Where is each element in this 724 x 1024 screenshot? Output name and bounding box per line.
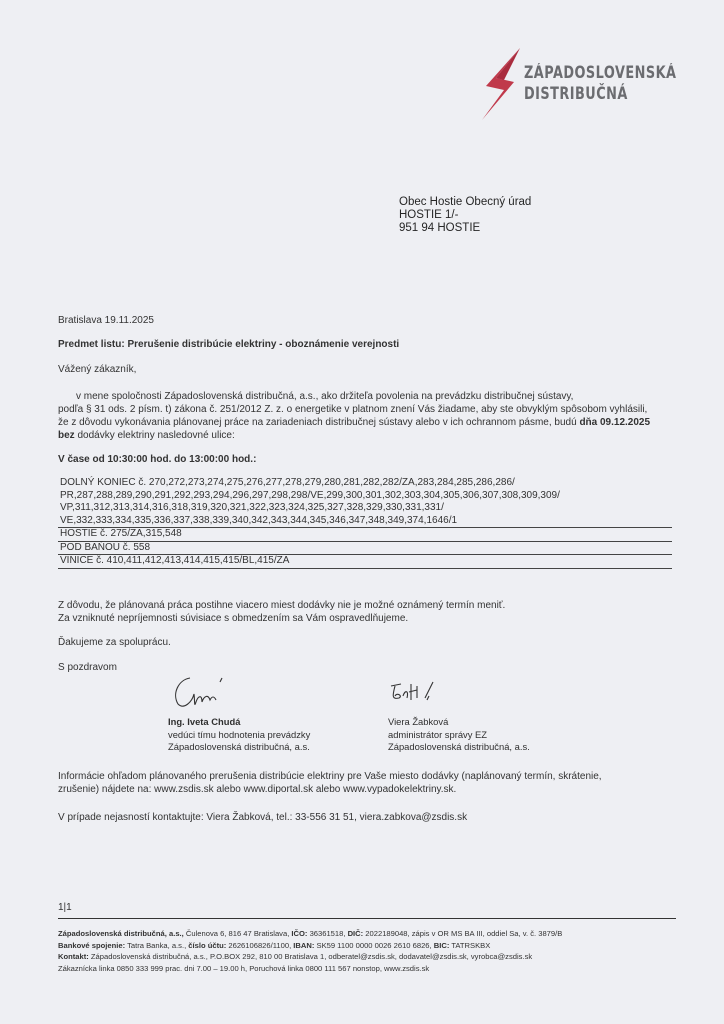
info-paragraph: Informácie ohľadom plánovaného prerušeni… [58, 770, 602, 796]
logo-line2: DISTRIBUČNÁ [524, 83, 676, 104]
footer-text: Západoslovenská distribučná, a.s., P.O.B… [89, 952, 532, 961]
lightning-bolt-icon [478, 46, 522, 122]
letter-date: Bratislava 19.11.2025 [58, 314, 154, 327]
footer-text: 2022189048, zápis v OR MS BA III, oddiel… [363, 929, 562, 938]
footer-line1: Západoslovenská distribučná, a.s., Čulen… [58, 928, 562, 940]
footer-label: Kontakt: [58, 952, 89, 961]
footer-line2: Bankové spojenie: Tatra Banka, a.s., čís… [58, 940, 562, 952]
street-dolny-koniec: DOLNÝ KONIEC č. 270,272,273,274,275,276,… [58, 477, 672, 528]
para-line4: bez dodávky elektriny nasledovné ulice: [58, 429, 650, 442]
street-vinice: VINICE č. 410,411,412,413,414,415,415/BL… [58, 555, 672, 569]
signer-name: Ing. Iveta Chudá [168, 716, 310, 729]
footer-text: 36361518, [307, 929, 347, 938]
closing-line2: Za vzniknuté nepríjemnosti súvisiace s o… [58, 612, 505, 625]
footer-label: Bankové spojenie: [58, 941, 125, 950]
signer-company: Západoslovenská distribučná, a.s. [168, 741, 310, 754]
footer-line3: Kontakt: Západoslovenská distribučná, a.… [58, 951, 562, 963]
body-paragraph: v mene spoločnosti Západoslovenská distr… [58, 390, 650, 442]
footer-label: DIČ: [348, 929, 364, 938]
signer-role: administrátor správy EZ [388, 729, 530, 742]
street-hostie: HOSTIE č. 275/ZA,315,548 [58, 528, 672, 542]
footer-text: Tatra Banka, a.s., [125, 941, 188, 950]
footer-label: IČO: [291, 929, 307, 938]
signer-role: vedúci tímu hodnotenia prevádzky [168, 729, 310, 742]
regards-line: S pozdravom [58, 661, 117, 674]
street-line: DOLNÝ KONIEC č. 270,272,273,274,275,276,… [60, 477, 672, 490]
recipient-line2: HOSTIE 1/- [399, 209, 531, 222]
para-line1: v mene spoločnosti Západoslovenská distr… [58, 390, 650, 403]
street-line: VE,332,333,334,335,336,337,338,339,340,3… [60, 515, 672, 528]
footer-label: číslo účtu: [188, 941, 226, 950]
signer-company: Západoslovenská distribučná, a.s. [388, 741, 530, 754]
info-line2: zrušenie) nájdete na: www.zsdis.sk alebo… [58, 783, 602, 796]
signer-block-2: Viera Žabková administrátor správy EZ Zá… [388, 716, 530, 754]
para-line4-text: dodávky elektriny nasledovné ulice: [75, 430, 235, 441]
footer-line4: Zákaznícka linka 0850 333 999 prac. dni … [58, 963, 562, 975]
street-line: PR,287,288,289,290,291,292,293,294,296,2… [60, 490, 672, 503]
signer-name: Viera Žabková [388, 716, 530, 729]
page-number: 1|1 [58, 902, 72, 913]
thanks-line: Ďakujeme za spoluprácu. [58, 636, 171, 649]
recipient-address: Obec Hostie Obecný úrad HOSTIE 1/- 951 9… [399, 196, 531, 235]
footer-text: 2626106826/1100, [226, 941, 293, 950]
para-line3-text: že z dôvodu vykonávania plánovanej práce… [58, 417, 579, 428]
street-pod-banou: POD BAŇOU č. 558 [58, 542, 672, 556]
para-line3: že z dôvodu vykonávania plánovanej práce… [58, 416, 650, 429]
outage-date: dňa 09.12.2025 [579, 417, 650, 428]
footer-text: SK59 1100 0000 0026 2610 6826, [314, 941, 433, 950]
company-logo: ZÁPADOSLOVENSKÁ DISTRIBUČNÁ [524, 62, 676, 104]
logo-line1: ZÁPADOSLOVENSKÁ [524, 62, 676, 83]
footer-divider [58, 918, 676, 919]
closing-line1: Z dôvodu, že plánovaná práca postihne vi… [58, 599, 505, 612]
letter-subject: Predmet listu: Prerušenie distribúcie el… [58, 338, 399, 351]
recipient-line1: Obec Hostie Obecný úrad [399, 196, 531, 209]
signature-zabkova [387, 676, 447, 708]
affected-streets-list: DOLNÝ KONIEC č. 270,272,273,274,275,276,… [58, 477, 672, 569]
para-line2: podľa § 31 ods. 2 písm. t) zákona č. 251… [58, 403, 650, 416]
letter-page: ZÁPADOSLOVENSKÁ DISTRIBUČNÁ Obec Hostie … [0, 0, 724, 1024]
para-line4-bold: bez [58, 430, 75, 441]
signer-block-1: Ing. Iveta Chudá vedúci tímu hodnotenia … [168, 716, 310, 754]
company-footer: Západoslovenská distribučná, a.s., Čulen… [58, 928, 562, 974]
footer-text: TATRSKBX [449, 941, 490, 950]
recipient-line3: 951 94 HOSTIE [399, 222, 531, 235]
footer-label: IBAN: [293, 941, 314, 950]
footer-text: Čulenova 6, 816 47 Bratislava, [184, 929, 292, 938]
footer-label: BIC: [434, 941, 450, 950]
signature-chuda [168, 672, 238, 712]
closing-paragraph: Z dôvodu, že plánovaná práca postihne vi… [58, 599, 505, 625]
street-line: VP,311,312,313,314,316,318,319,320,321,3… [60, 502, 672, 515]
contact-line: V prípade nejasností kontaktujte: Viera … [58, 811, 467, 824]
outage-time-range: V čase od 10:30:00 hod. do 13:00:00 hod.… [58, 453, 256, 466]
footer-company-name: Západoslovenská distribučná, a.s., [58, 929, 184, 938]
info-line1: Informácie ohľadom plánovaného prerušeni… [58, 770, 602, 783]
greeting: Vážený zákazník, [58, 363, 136, 376]
